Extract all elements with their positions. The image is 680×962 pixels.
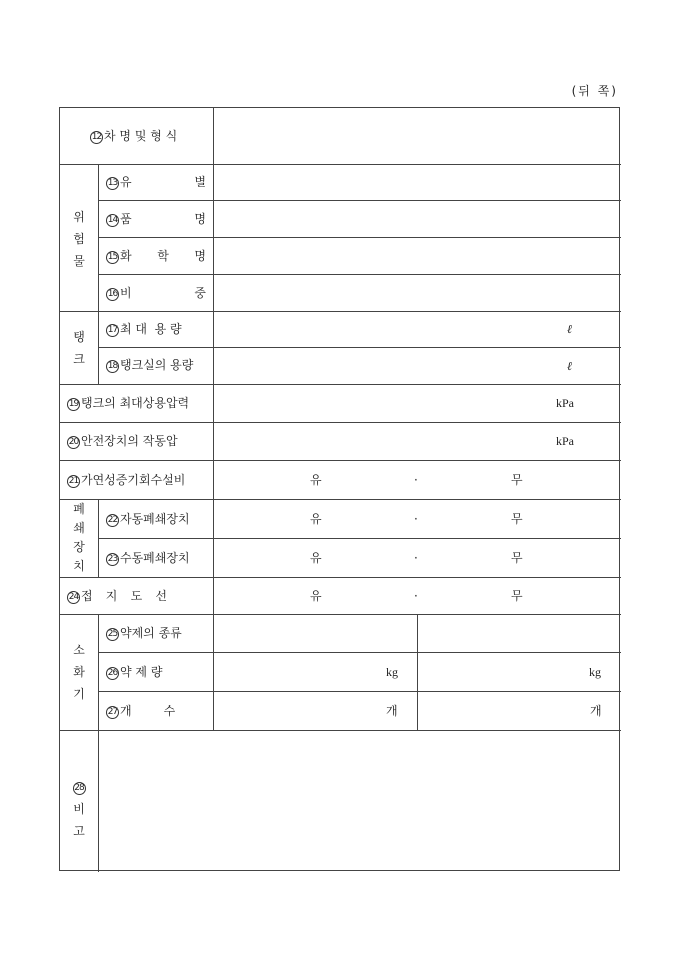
max-pressure-label: 19탱크의 최대상용압력 (67, 396, 189, 411)
manual-closure-yes-option[interactable]: 유 (310, 551, 322, 565)
separator-dot: · (414, 551, 418, 565)
separator-dot: · (414, 589, 418, 603)
max-pressure-field[interactable]: kPa (214, 385, 620, 422)
agent-type-field-1[interactable] (214, 615, 417, 652)
count-label: 27개수 (106, 704, 175, 719)
kg-unit: kg (386, 665, 398, 679)
vehicle-model-label: 12차 명 및 형 식 (90, 129, 177, 144)
agent-amount-field-2[interactable]: kg (418, 653, 620, 691)
chemical-name-label: 15화학명 (106, 249, 206, 264)
ground-wire-yes-option[interactable]: 유 (310, 589, 322, 603)
max-capacity-label: 17최 대 용 량 (106, 322, 182, 337)
extinguisher-group-label: 소화기 (60, 639, 98, 705)
manual-closure-no-option[interactable]: 무 (511, 551, 523, 565)
page-side-label: (뒤 쪽) (572, 82, 618, 99)
auto-closure-label: 22자동폐쇄장치 (106, 512, 190, 527)
kpa-unit: kPa (556, 396, 574, 410)
manual-closure-label: 23수동폐쇄장치 (106, 551, 190, 566)
vapor-recovery-no-option[interactable]: 무 (511, 473, 523, 487)
auto-closure-yes-option[interactable]: 유 (310, 512, 322, 526)
product-name-label: 14품명 (106, 212, 206, 227)
remarks-field[interactable] (99, 731, 620, 871)
litre-unit: ℓ (567, 359, 572, 373)
specific-gravity-label: 16비중 (106, 286, 206, 301)
count-field-1[interactable]: 개 (214, 692, 417, 730)
chamber-capacity-field[interactable]: ℓ (214, 348, 620, 384)
max-capacity-field[interactable]: ℓ (214, 312, 620, 347)
agent-type-field-2[interactable] (418, 615, 620, 652)
hazmat-vehicle-form: 12차 명 및 형 식 위험물 13유별 14품명 15화학명 16비중 탱크 … (59, 107, 620, 871)
kpa-unit: kPa (556, 434, 574, 448)
hazmat-class-label: 13유별 (106, 175, 206, 190)
safety-pressure-field[interactable]: kPa (214, 423, 620, 460)
litre-unit: ℓ (567, 322, 572, 336)
specific-gravity-field[interactable] (214, 275, 620, 311)
agent-amount-label: 26약 제 량 (106, 665, 162, 680)
vapor-recovery-label: 21가연성증기회수설비 (67, 473, 185, 488)
chemical-name-field[interactable] (214, 238, 620, 274)
vehicle-model-field[interactable] (214, 108, 620, 164)
ground-wire-label: 24접지도선 (67, 589, 167, 604)
product-name-field[interactable] (214, 201, 620, 237)
hazmat-class-field[interactable] (214, 165, 620, 200)
hazmat-group-label: 위험물 (60, 206, 98, 272)
count-field-2[interactable]: 개 (418, 692, 620, 730)
closure-group-label: 폐쇄장치 (60, 500, 98, 576)
agent-amount-field-1[interactable]: kg (214, 653, 417, 691)
vapor-recovery-yes-option[interactable]: 유 (310, 473, 322, 487)
separator-dot: · (414, 473, 418, 487)
safety-pressure-label: 20안전장치의 작동압 (67, 434, 178, 449)
auto-closure-no-option[interactable]: 무 (511, 512, 523, 526)
chamber-capacity-label: 18탱크실의 용량 (106, 358, 193, 373)
tank-group-label: 탱크 (60, 326, 98, 370)
count-unit: 개 (386, 704, 398, 718)
separator-dot: · (414, 512, 418, 526)
count-unit: 개 (590, 704, 602, 718)
item-number: 12 (90, 131, 103, 144)
remarks-label: 28 비고 (60, 776, 98, 842)
agent-type-label: 25약제의 종류 (106, 626, 182, 641)
ground-wire-no-option[interactable]: 무 (511, 589, 523, 603)
kg-unit: kg (589, 665, 601, 679)
